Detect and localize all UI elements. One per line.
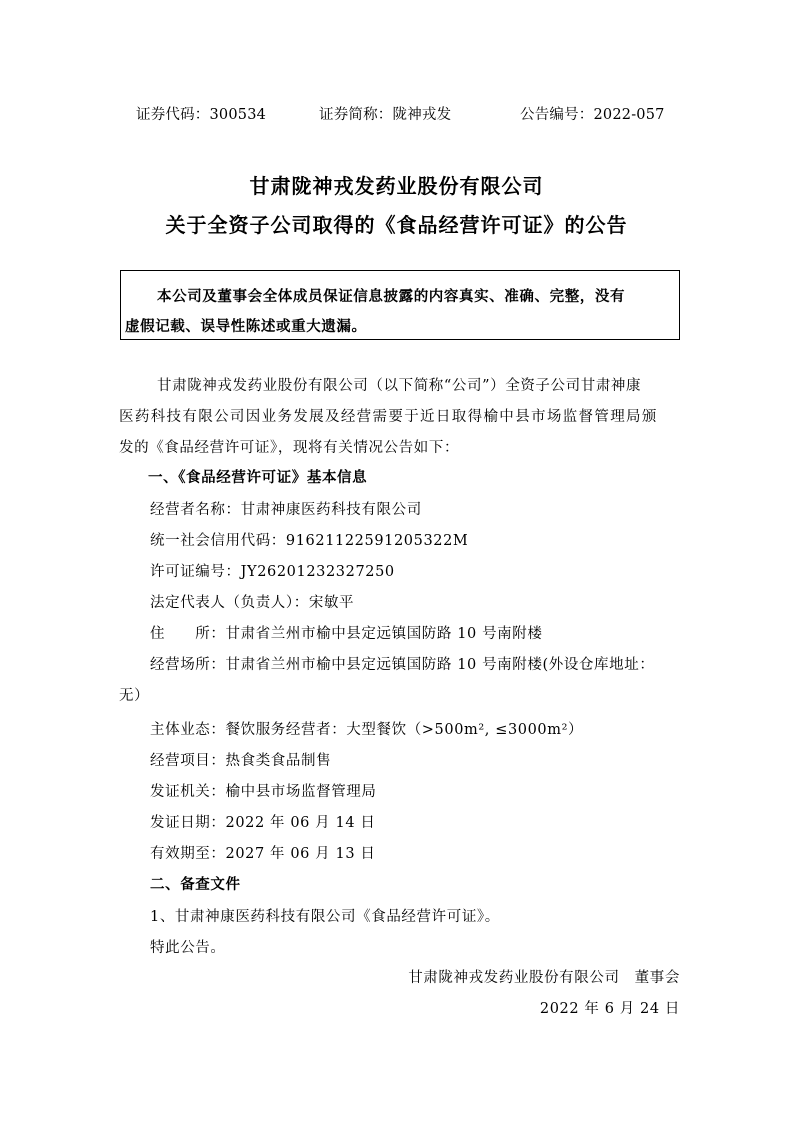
- company-title: 甘肃陇神戎发药业股份有限公司: [0, 170, 793, 199]
- signature-company: 甘肃陇神戎发药业股份有限公司 董事会: [408, 966, 680, 987]
- info-item-address: 住 所：甘肃省兰州市榆中县定远镇国防路 10 号南附楼: [150, 622, 542, 643]
- item-label: 法定代表人（负责人）：: [150, 595, 309, 611]
- disclaimer-line-1: 本公司及董事会全体成员保证信息披露的内容真实、准确、完整，没有: [157, 285, 625, 306]
- info-item-issuing-authority: 发证机关：榆中县市场监督管理局: [150, 780, 377, 801]
- info-item-credit-code: 统一社会信用代码：91621122591205322M: [150, 529, 468, 550]
- item-label: 统一社会信用代码：: [150, 533, 286, 549]
- info-item-operator-name: 经营者名称：甘肃神康医药科技有限公司: [150, 498, 422, 519]
- item-label: 发证机关：: [150, 784, 226, 800]
- announcement-title: 关于全资子公司取得的《食品经营许可证》的公告: [0, 209, 793, 238]
- section-1-heading: 一、《食品经营许可证》基本信息: [148, 466, 367, 487]
- stock-code: 证券代码：300534: [136, 103, 266, 124]
- item-value: 91621122591205322M: [286, 533, 468, 549]
- item-value: 热食类食品制售: [226, 753, 332, 769]
- intro-line-2: 医药科技有限公司因业务发展及经营需要于近日取得榆中县市场监督管理局颁: [119, 405, 657, 426]
- info-item-business-scope: 经营项目：热食类食品制售: [150, 749, 331, 770]
- item-value: 餐饮服务经营者：大型餐饮（>500m², ≤3000m²）: [226, 722, 584, 738]
- item-value: 2022 年 06 月 14 日: [226, 815, 376, 831]
- item-label: 许可证编号：: [150, 564, 241, 580]
- item-label: 经营者名称：: [150, 502, 241, 518]
- item-label: 住 所：: [150, 626, 226, 642]
- item-label: 有效期至：: [150, 846, 226, 862]
- info-item-legal-representative: 法定代表人（负责人）：宋敏平: [150, 591, 354, 612]
- item-value: 2027 年 06 月 13 日: [226, 846, 376, 862]
- intro-line-1: 甘肃陇神戎发药业股份有限公司（以下简称“公司”）全资子公司甘肃神康: [157, 374, 641, 395]
- item-label: 经营场所：: [150, 657, 226, 673]
- section-2-heading: 二、备查文件: [150, 873, 241, 894]
- info-item-license-number: 许可证编号：JY26201232327250: [150, 560, 395, 581]
- info-item-business-type: 主体业态：餐饮服务经营者：大型餐饮（>500m², ≤3000m²）: [150, 718, 583, 739]
- item-label: 发证日期：: [150, 815, 226, 831]
- announcement-number: 公告编号：2022-057: [520, 103, 665, 124]
- item-value: JY26201232327250: [241, 564, 395, 580]
- item-value: 甘肃省兰州市榆中县定远镇国防路 10 号南附楼(外设仓库地址：: [226, 657, 655, 673]
- info-item-business-premises-cont: 无）: [119, 684, 149, 705]
- item-label: 主体业态：: [150, 722, 226, 738]
- item-label: 经营项目：: [150, 753, 226, 769]
- disclaimer-line-2: 虚假记载、误导性陈述或重大遗漏。: [125, 315, 367, 336]
- intro-line-3: 发的《食品经营许可证》，现将有关情况公告如下：: [119, 436, 459, 457]
- closing-statement: 特此公告。: [150, 936, 226, 957]
- reference-document-item: 1、甘肃神康医药科技有限公司《食品经营许可证》。: [150, 905, 500, 926]
- info-item-valid-until: 有效期至：2027 年 06 月 13 日: [150, 842, 375, 863]
- signature-date: 2022 年 6 月 24 日: [540, 997, 680, 1018]
- item-value: 榆中县市场监督管理局: [226, 784, 377, 800]
- item-value: 甘肃省兰州市榆中县定远镇国防路 10 号南附楼: [226, 626, 543, 642]
- stock-abbreviation: 证券简称：陇神戎发: [319, 103, 451, 124]
- item-value: 宋敏平: [309, 595, 354, 611]
- item-value: 甘肃神康医药科技有限公司: [241, 502, 422, 518]
- info-item-issue-date: 发证日期：2022 年 06 月 14 日: [150, 811, 375, 832]
- info-item-business-premises: 经营场所：甘肃省兰州市榆中县定远镇国防路 10 号南附楼(外设仓库地址：: [150, 653, 654, 674]
